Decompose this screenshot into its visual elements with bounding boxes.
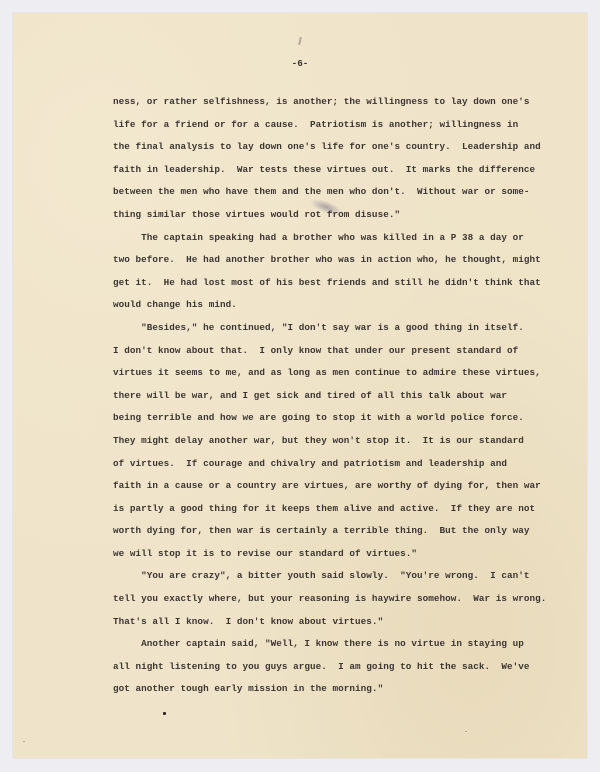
text-line: of virtues. If courage and chivalry and … <box>113 457 553 480</box>
paper-speck <box>465 731 467 732</box>
text-line: there will be war, and I get sick and ti… <box>113 389 553 412</box>
text-line: life for a friend or for a cause. Patrio… <box>113 118 553 141</box>
text-line: Another captain said, "Well, I know ther… <box>113 637 553 660</box>
text-line: ness, or rather selfishness, is another;… <box>113 95 553 118</box>
text-line: They might delay another war, but they w… <box>113 434 553 457</box>
text-line: being terrible and how we are going to s… <box>113 411 553 434</box>
text-line: get it. He had lost most of his best fri… <box>113 276 553 299</box>
text-line: thing similar those virtues would rot fr… <box>113 208 553 231</box>
text-line: worth dying for, then war is certainly a… <box>113 524 553 547</box>
text-line: I don't know about that. I only know tha… <box>113 344 553 367</box>
text-line: "You are crazy", a bitter youth said slo… <box>113 569 553 592</box>
text-line: faith in a cause or a country are virtue… <box>113 479 553 502</box>
paper-speck <box>23 741 25 742</box>
text-line: we will stop it is to revise our standar… <box>113 547 553 570</box>
text-line: is partly a good thing for it keeps them… <box>113 502 553 525</box>
text-line: between the men who have them and the me… <box>113 185 553 208</box>
text-line: two before. He had another brother who w… <box>113 253 553 276</box>
text-line: "Besides," he continued, "I don't say wa… <box>113 321 553 344</box>
typewritten-page: -6- ness, or rather selfishness, is anot… <box>13 13 587 758</box>
text-line: got another tough early mission in the m… <box>113 682 553 705</box>
text-line: tell you exactly where, but your reasoni… <box>113 592 553 615</box>
text-line: would change his mind. <box>113 298 553 321</box>
text-line: virtues it seems to me, and as long as m… <box>113 366 553 389</box>
page-number: -6- <box>13 58 587 69</box>
text-line: The captain speaking had a brother who w… <box>113 231 553 254</box>
text-line: That's all I know. I don't know about vi… <box>113 615 553 638</box>
text-line: the final analysis to lay down one's lif… <box>113 140 553 163</box>
document-body: ness, or rather selfishness, is another;… <box>113 95 553 705</box>
stray-ink-dot <box>163 712 166 715</box>
text-line: faith in leadership. War tests these vir… <box>113 163 553 186</box>
text-line: all night listening to you guys argue. I… <box>113 660 553 683</box>
pencil-mark <box>298 37 302 45</box>
